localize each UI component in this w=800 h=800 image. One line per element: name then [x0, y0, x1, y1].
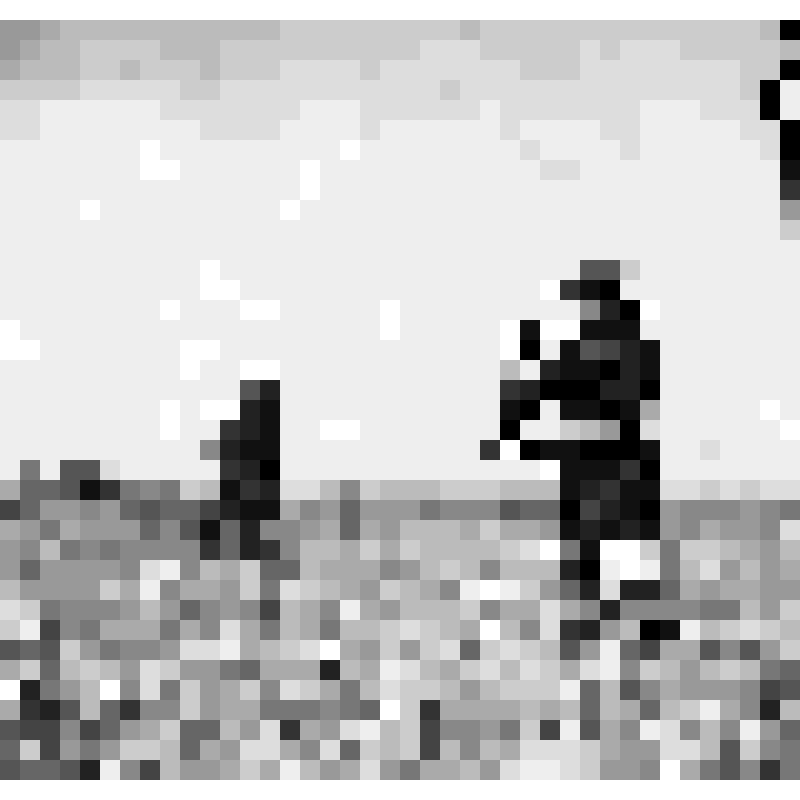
- photo-viewport: [0, 0, 800, 800]
- pixelated-photo: [0, 0, 800, 800]
